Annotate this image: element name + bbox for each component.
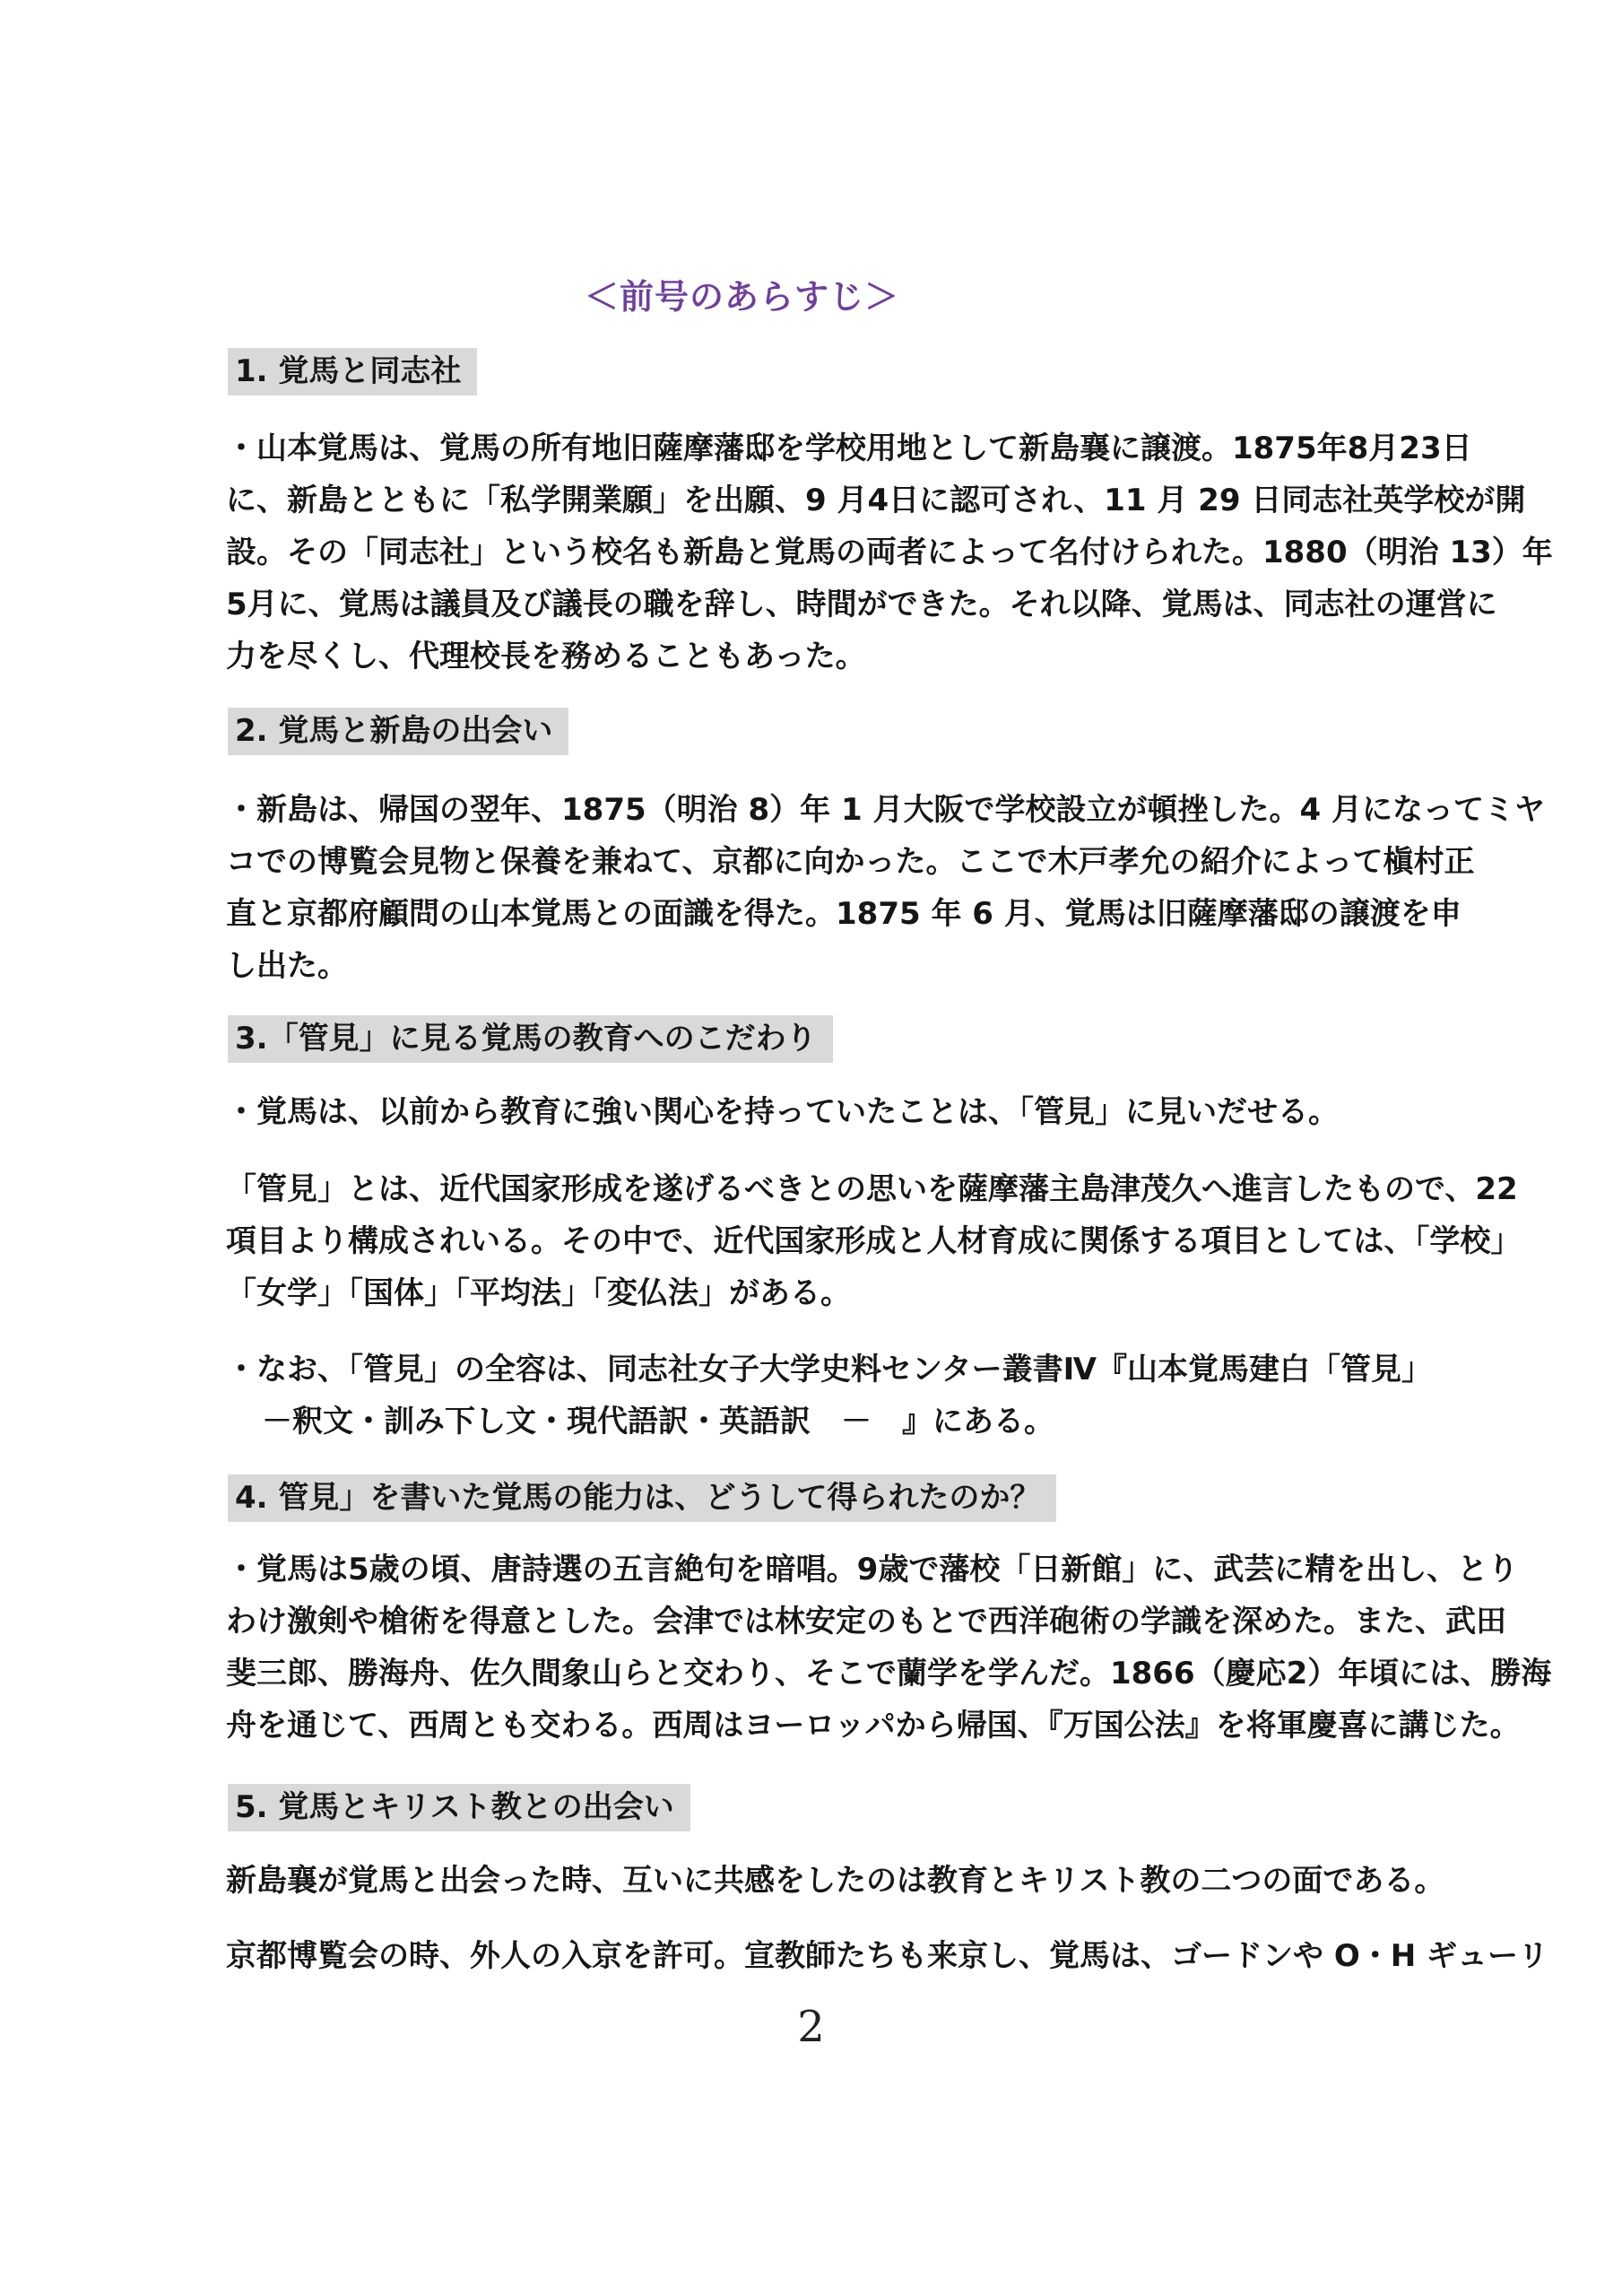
paragraph-3c: ・なお、「管見」の全容は、同志社女子大学史料センター叢書Ⅳ『山本覚馬建白「管見」… <box>226 1344 1432 1448</box>
text-line: 斐三郎、勝海舟、佐久間象山らと交わり、そこで蘭学を学んだ。1866（慶応2）年頃… <box>226 1648 1551 1700</box>
text-line: し出た。 <box>226 940 1545 992</box>
paragraph-3a: ・覚馬は、以前から教育に強い関心を持っていたことは、「管見」に見いだせる。 <box>226 1086 1339 1138</box>
paragraph-4: ・覚馬は5歳の頃、唐詩選の五言絶句を暗唱。9歳で藩校「日新館」に、武芸に精を出し… <box>226 1544 1551 1752</box>
text-line: 直と京都府顧問の山本覚馬との面識を得た。1875 年 6 月、覚馬は旧薩摩藩邸の… <box>226 888 1545 940</box>
paragraph-5a: 新島襄が覚馬と出会った時、互いに共感をしたのは教育とキリスト教の二つの面である。 <box>226 1855 1444 1907</box>
text-line: 5月に、覚馬は議員及び議長の職を辞し、時間ができた。それ以降、覚馬は、同志社の運… <box>226 578 1553 631</box>
text-line: に、新島とともに「私学開業願」を出願、9 月4日に認可され、11 月 29 日同… <box>226 474 1553 526</box>
section-heading-1: 1. 覚馬と同志社 <box>228 348 477 396</box>
paragraph-2: ・新島は、帰国の翌年、1875（明治 8）年 1 月大阪で学校設立が頓挫した。4… <box>226 784 1545 992</box>
section-heading-2: 2. 覚馬と新島の出会い <box>228 708 568 755</box>
text-line: －釈文・訓み下し文・現代語訳・英語訳 － 』にある。 <box>226 1396 1432 1448</box>
text-line: 「管見」とは、近代国家形成を遂げるべきとの思いを薩摩藩主島津茂久へ進言したもので… <box>226 1163 1521 1215</box>
text-line: コでの博覧会見物と保養を兼ねて、京都に向かった。ここで木戸孝允の紹介によって槇村… <box>226 836 1545 888</box>
text-line: 力を尽くし、代理校長を務めることもあった。 <box>226 631 1553 683</box>
text-line: ・覚馬は5歳の頃、唐詩選の五言絶句を暗唱。9歳で藩校「日新館」に、武芸に精を出し… <box>226 1544 1551 1596</box>
text-line: ・なお、「管見」の全容は、同志社女子大学史料センター叢書Ⅳ『山本覚馬建白「管見」 <box>226 1344 1432 1396</box>
text-line: 舟を通じて、西周とも交わる。西周はヨーロッパから帰国、『万国公法』を将軍慶喜に講… <box>226 1700 1551 1752</box>
text-line: 新島襄が覚馬と出会った時、互いに共感をしたのは教育とキリスト教の二つの面である。 <box>226 1855 1444 1907</box>
text-line: 設。その「同志社」という校名も新島と覚馬の両者によって名付けられた。1880（明… <box>226 526 1553 578</box>
text-line: ・覚馬は、以前から教育に強い関心を持っていたことは、「管見」に見いだせる。 <box>226 1086 1339 1138</box>
text-line: ・山本覚馬は、覚馬の所有地旧薩摩藩邸を学校用地として新島襄に譲渡。1875年8月… <box>226 422 1553 474</box>
page-title: ＜前号のあらすじ＞ <box>585 269 899 318</box>
section-heading-5: 5. 覚馬とキリスト教との出会い <box>228 1784 690 1831</box>
paragraph-1: ・山本覚馬は、覚馬の所有地旧薩摩藩邸を学校用地として新島襄に譲渡。1875年8月… <box>226 422 1553 683</box>
text-line: 「女学」「国体」「平均法」「変仏法」がある。 <box>226 1267 1521 1319</box>
section-heading-4: 4. 管見」を書いた覚馬の能力は、どうして得られたのか？ <box>228 1474 1056 1522</box>
section-heading-3: 3.「管見」に見る覚馬の教育へのこだわり <box>228 1015 833 1063</box>
text-line: 京都博覧会の時、外人の入京を許可。宣教師たちも来京し、覚馬は、ゴードンや O・H… <box>226 1930 1548 1982</box>
page-number: 2 <box>0 2002 1622 2052</box>
text-line: ・新島は、帰国の翌年、1875（明治 8）年 1 月大阪で学校設立が頓挫した。4… <box>226 784 1545 836</box>
paragraph-3b: 「管見」とは、近代国家形成を遂げるべきとの思いを薩摩藩主島津茂久へ進言したもので… <box>226 1163 1521 1319</box>
paragraph-5b: 京都博覧会の時、外人の入京を許可。宣教師たちも来京し、覚馬は、ゴードンや O・H… <box>226 1930 1548 1982</box>
text-line: 項目より構成されいる。その中で、近代国家形成と人材育成に関係する項目としては、「… <box>226 1215 1521 1267</box>
document-page: ＜前号のあらすじ＞ 1. 覚馬と同志社 ・山本覚馬は、覚馬の所有地旧薩摩藩邸を学… <box>0 0 1622 2296</box>
text-line: わけ激剣や槍術を得意とした。会津では林安定のもとで西洋砲術の学識を深めた。また、… <box>226 1596 1551 1648</box>
